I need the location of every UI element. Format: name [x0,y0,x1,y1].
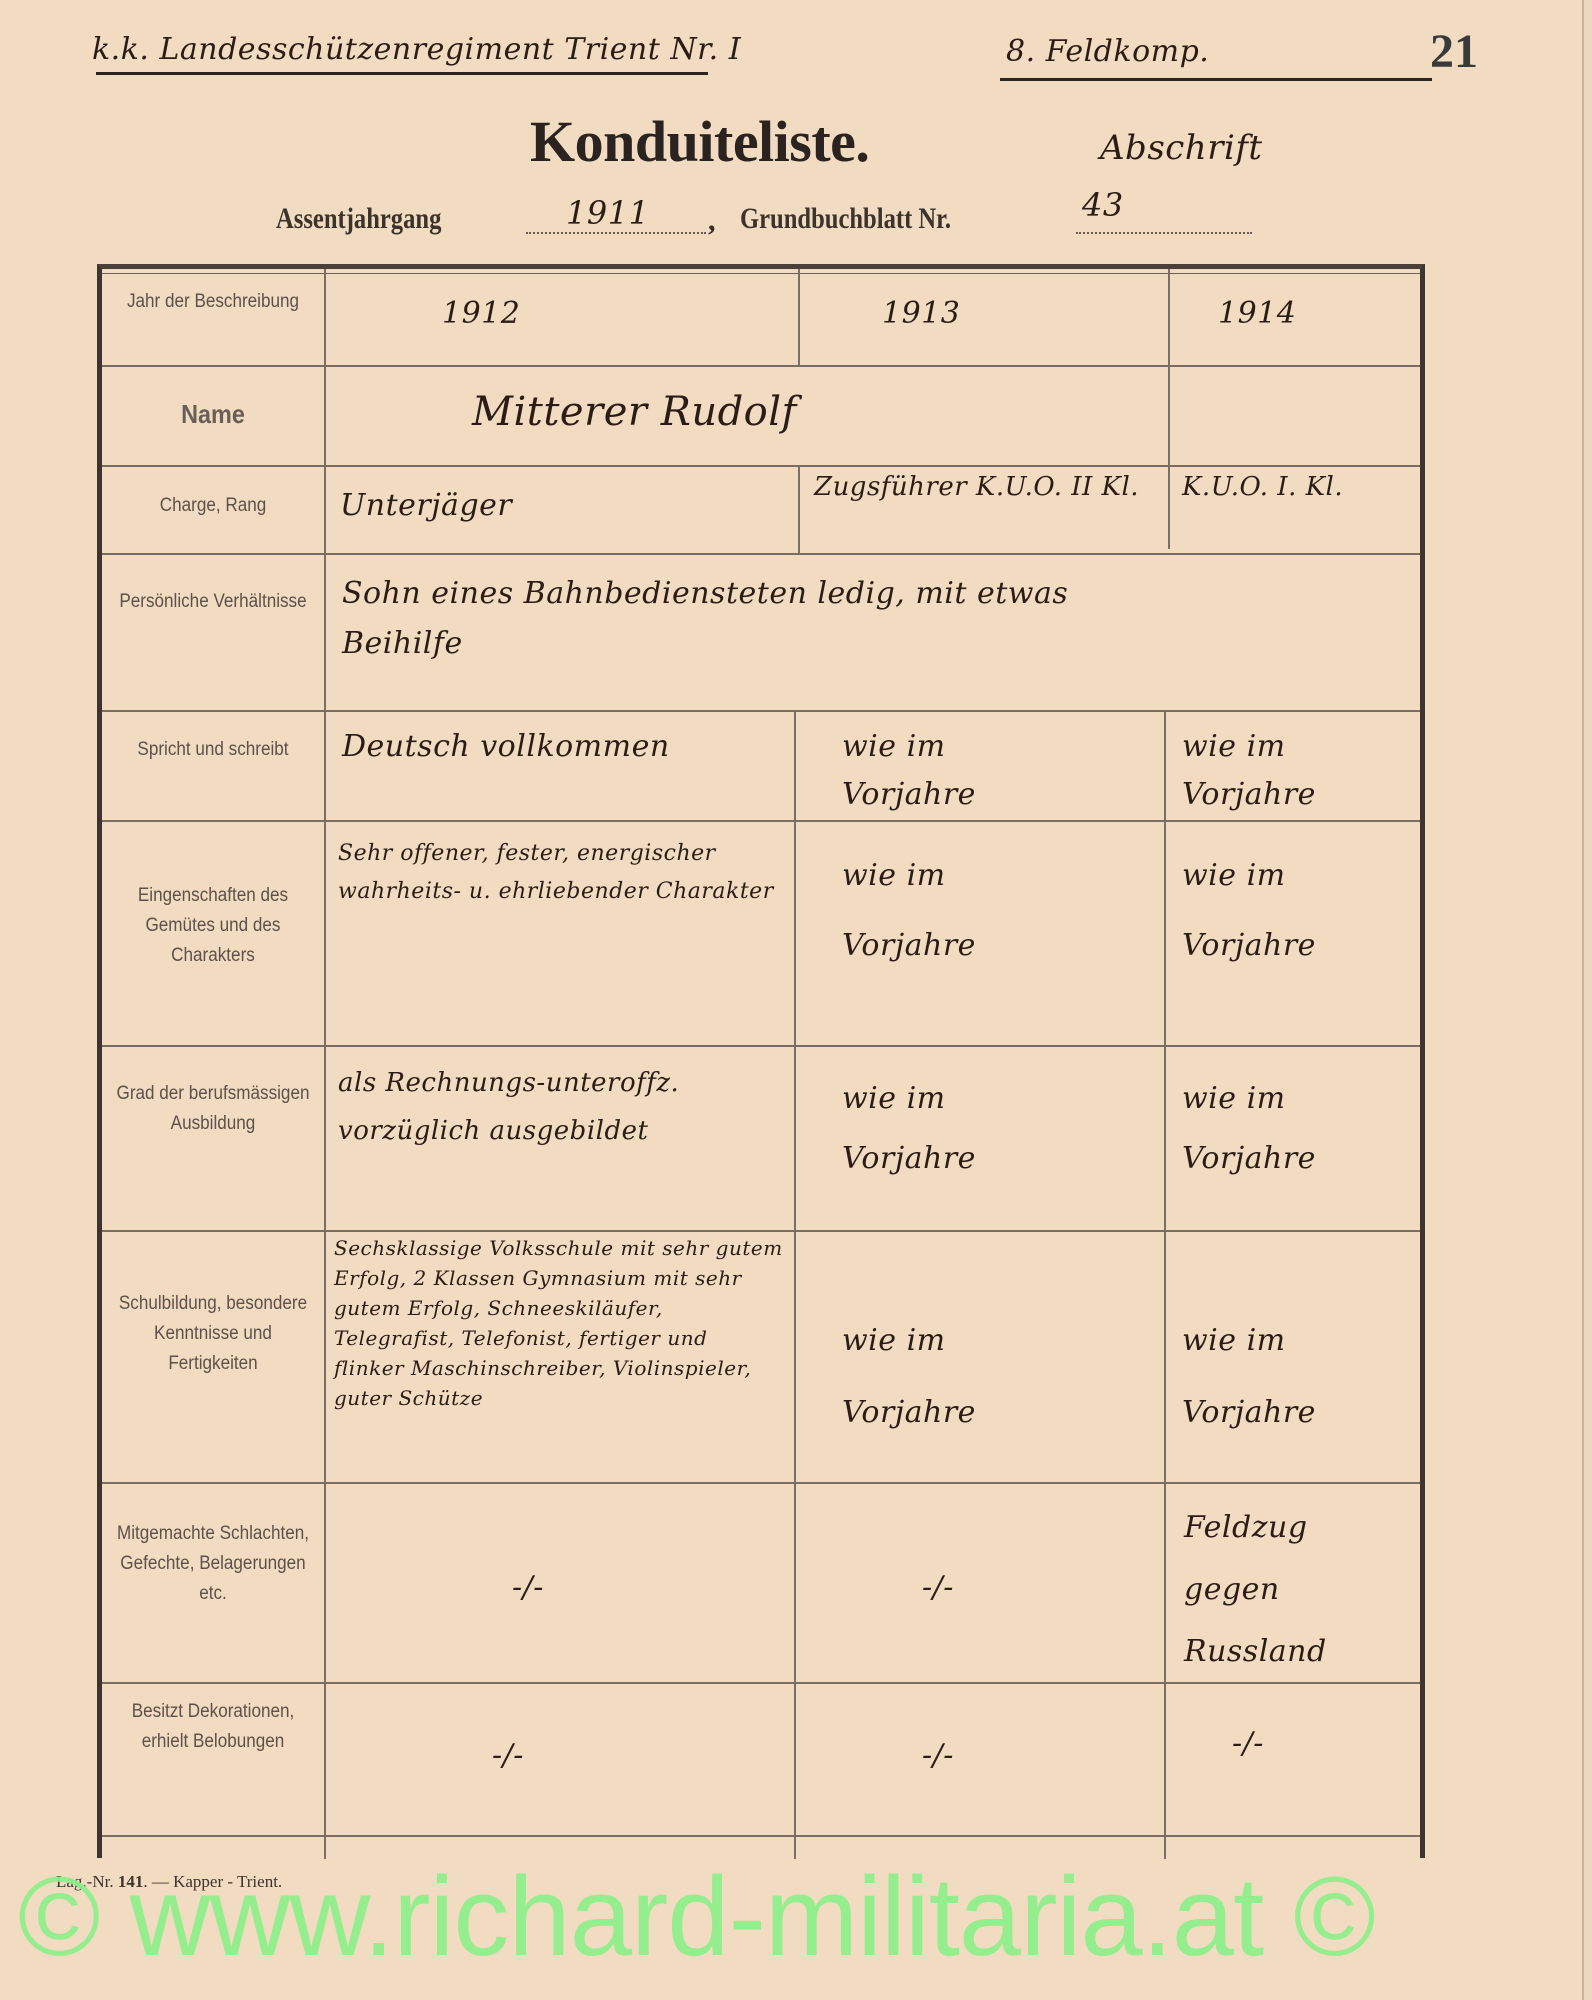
decorations-1913: -/- [922,1733,954,1779]
year-1912: 1912 [442,291,520,337]
rank-1914: K.U.O. I. Kl. [1182,467,1382,507]
separator-comma: , [708,204,716,238]
character-1913: wie im Vorjahre [842,841,1082,981]
label-decorations: Besitzt Dekorationen, erhielt Belobungen [113,1697,313,1757]
character-1914: wie im Vorjahre [1182,841,1402,981]
label-languages: Spricht und schreibt [113,735,313,765]
col-divider-1-header [798,269,800,365]
training-1913: wie im Vorjahre [842,1069,1082,1189]
rank-1913: Zugsführer K.U.O. II Kl. [814,467,1154,507]
label-character: Eingenschaften des Gemütes und des Chara… [113,881,313,971]
training-1912: als Rechnungs-unteroffz. vorzüglich ausg… [338,1059,778,1155]
label-year: Jahr der Beschreibung [113,287,313,317]
decorations-1912: -/- [492,1733,524,1779]
page-number: 21 [1430,24,1478,79]
row-line [102,365,1420,367]
assent-year-label: Assentjahrgang [276,202,441,236]
row-line [102,710,1420,712]
battles-1914: Feldzug gegen Russland [1184,1497,1384,1683]
row-line [102,1835,1420,1837]
col-divider-1-charge [798,465,800,553]
grundbuch-field-line [1076,232,1252,234]
company-name: 8. Feldkomp. [1006,34,1209,69]
education-1912: Sechsklassige Volksschule mit sehr gutem… [334,1233,784,1413]
row-line [102,1045,1420,1047]
languages-1914: wie im Vorjahre [1182,723,1402,819]
year-1913: 1913 [882,291,960,337]
assent-year-value: 1911 [566,194,649,232]
row-line [102,1482,1420,1484]
label-education: Schulbildung, besondere Kenntnisse und F… [113,1289,313,1379]
conduct-table: Jahr der Beschreibung 1912 1913 1914 Nam… [97,264,1425,1858]
label-column-divider [324,269,326,1859]
label-name: Name [113,399,313,429]
year-1914: 1914 [1218,291,1296,337]
character-1912: Sehr offener, fester, energischer wahrhe… [338,835,788,911]
col-divider-2-lower [1164,710,1166,1859]
row-line [102,553,1420,555]
label-rank: Charge, Rang [113,491,313,521]
education-1914: wie im Vorjahre [1182,1305,1402,1449]
col-divider-1-lower [794,710,796,1859]
languages-1913: wie im Vorjahre [842,723,1082,819]
copy-note: Abschrift [1100,128,1263,168]
label-battles: Mitgemachte Schlachten, Gefechte, Belage… [113,1519,313,1609]
decorations-1914: -/- [1232,1721,1264,1767]
rank-1912: Unterjäger [340,483,512,529]
assent-year-field-line [526,232,706,234]
col-divider-2-header [1168,269,1170,365]
regiment-name: k.k. Landesschützenregiment Trient Nr. I [92,32,741,67]
regiment-underline [96,72,708,75]
grundbuch-label: Grundbuchblatt Nr. [740,202,951,236]
battles-1913: -/- [922,1565,954,1611]
copyright-watermark: © www.richard-militaria.at © [18,1852,1375,1981]
languages-1912: Deutsch vollkommen [342,723,722,771]
soldier-name: Mitterer Rudolf [472,389,797,435]
education-1913: wie im Vorjahre [842,1305,1082,1449]
company-underline [1000,78,1432,81]
training-1914: wie im Vorjahre [1182,1069,1402,1189]
grundbuch-number: 43 [1082,186,1124,224]
personal-circumstances: Sohn eines Bahnbediensteten ledig, mit e… [342,569,1142,669]
label-personal: Persönliche Verhältnisse [113,587,313,617]
document-title: Konduiteliste. [530,108,869,175]
battles-1912: -/- [512,1565,544,1611]
row-line [102,820,1420,822]
row-line [102,1230,1420,1232]
col-divider-2-name-charge [1168,365,1170,549]
paper-fold-line [1582,0,1584,2000]
inner-border-top [102,273,1420,274]
label-training: Grad der berufsmässigen Ausbildung [113,1079,313,1139]
paper-right-edge [1584,0,1592,2000]
